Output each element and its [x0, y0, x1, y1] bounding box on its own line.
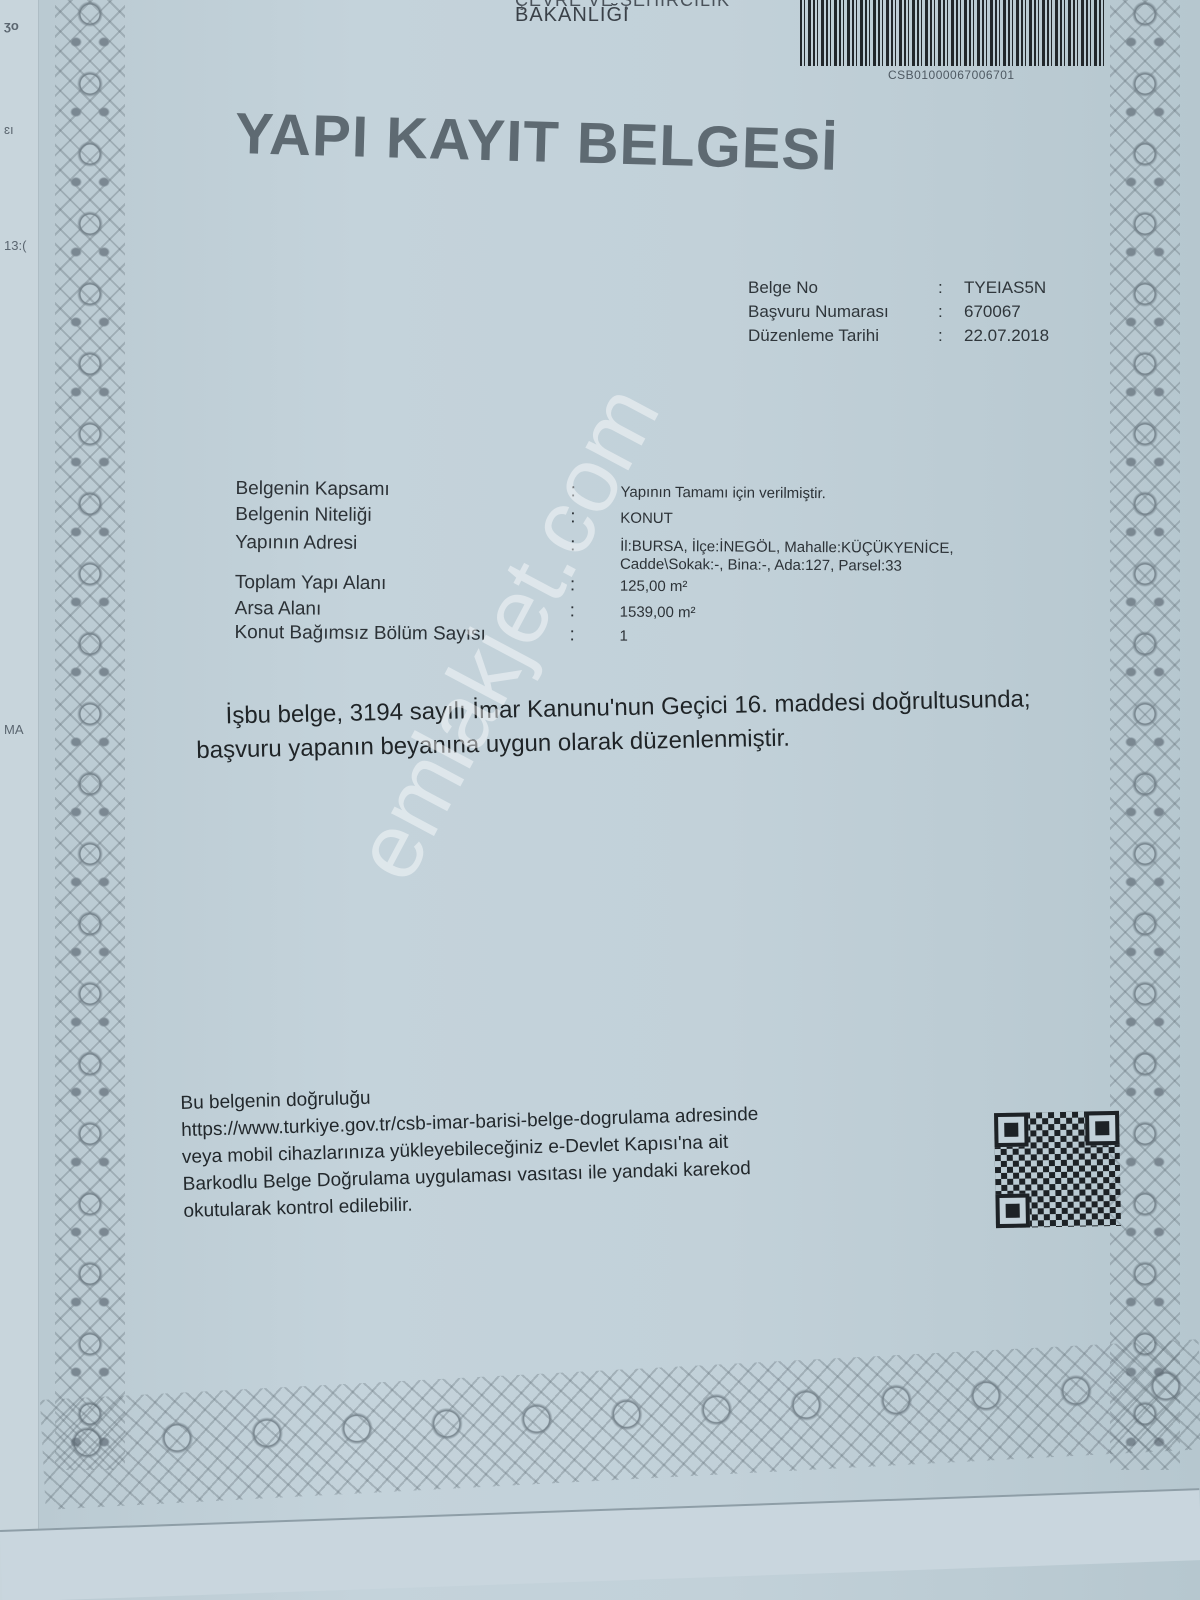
meta-value: 670067 [964, 302, 1021, 326]
qr-finder-icon [994, 1113, 1029, 1148]
meta-row-basvuru-numarasi: Başvuru Numarası : 670067 [748, 302, 1049, 326]
field-value: Yapının Tamamı için verilmiştir. [620, 481, 1040, 505]
ministry-line-1: ÇEVRE VE ŞEHİRCİLİK [515, 0, 730, 11]
meta-label: Belge No [748, 278, 938, 302]
background-fragment: MA [4, 722, 24, 737]
field-value: 1 [619, 625, 1039, 649]
document-meta: Belge No : TYEIAS5N Başvuru Numarası : 6… [748, 278, 1049, 350]
background-fragment: ʒo [4, 18, 19, 33]
document-title: YAPI KAYIT BELGESİ [234, 100, 839, 184]
field-row: Konut Bağımsız Bölüm Sayısı : 1 [234, 622, 1039, 654]
qr-code [994, 1111, 1121, 1228]
field-row: Yapının Adresi : İl:BURSA, İlçe:İNEGÖL, … [235, 532, 1040, 578]
field-value: 1539,00 m² [620, 601, 1040, 625]
field-separator: : [569, 624, 619, 646]
declaration: İşbu belge, 3194 sayılı İmar Kanunu'nun … [195, 681, 1096, 768]
building-fields: Belgenin Kapsamı : Yapının Tamamı için v… [234, 478, 1040, 654]
ornamental-border-left [55, 0, 125, 1470]
field-value: İl:BURSA, İlçe:İNEGÖL, Mahalle:KÜÇÜKYENİ… [620, 535, 1040, 577]
meta-value: 22.07.2018 [964, 326, 1049, 350]
meta-separator: : [938, 326, 964, 350]
barcode-number: CSB01000067006701 [888, 68, 1015, 82]
qr-finder-icon [1085, 1111, 1120, 1146]
background-fragment: ɛı [4, 122, 14, 137]
ministry-name: ÇEVRE VE ŞEHİRCİLİK BAKANLIĞI [515, 4, 630, 27]
ornamental-border-bottom [40, 1339, 1200, 1510]
background-fragment: 13:( [4, 238, 26, 253]
meta-value: TYEIAS5N [964, 278, 1046, 302]
ornamental-border-right [1110, 0, 1180, 1470]
qr-finder-icon [995, 1193, 1030, 1228]
declaration-text: İşbu belge, 3194 sayılı İmar Kanunu'nun … [195, 681, 1096, 768]
paper-fold [0, 1488, 1200, 1600]
field-value: 125,00 m² [620, 575, 1040, 599]
meta-label: Düzenleme Tarihi [748, 326, 938, 350]
meta-row-duzenleme-tarihi: Düzenleme Tarihi : 22.07.2018 [748, 326, 1049, 350]
field-value: KONUT [620, 507, 1040, 531]
meta-label: Başvuru Numarası [748, 302, 938, 326]
meta-separator: : [938, 278, 964, 302]
verification-note: Bu belgenin doğruluğu https://www.turkiy… [180, 1069, 943, 1225]
meta-separator: : [938, 302, 964, 326]
background-screen-strip: ʒo ɛı 13:( MA [0, 0, 39, 1600]
barcode [800, 0, 1106, 66]
meta-row-belge-no: Belge No : TYEIAS5N [748, 278, 1049, 302]
